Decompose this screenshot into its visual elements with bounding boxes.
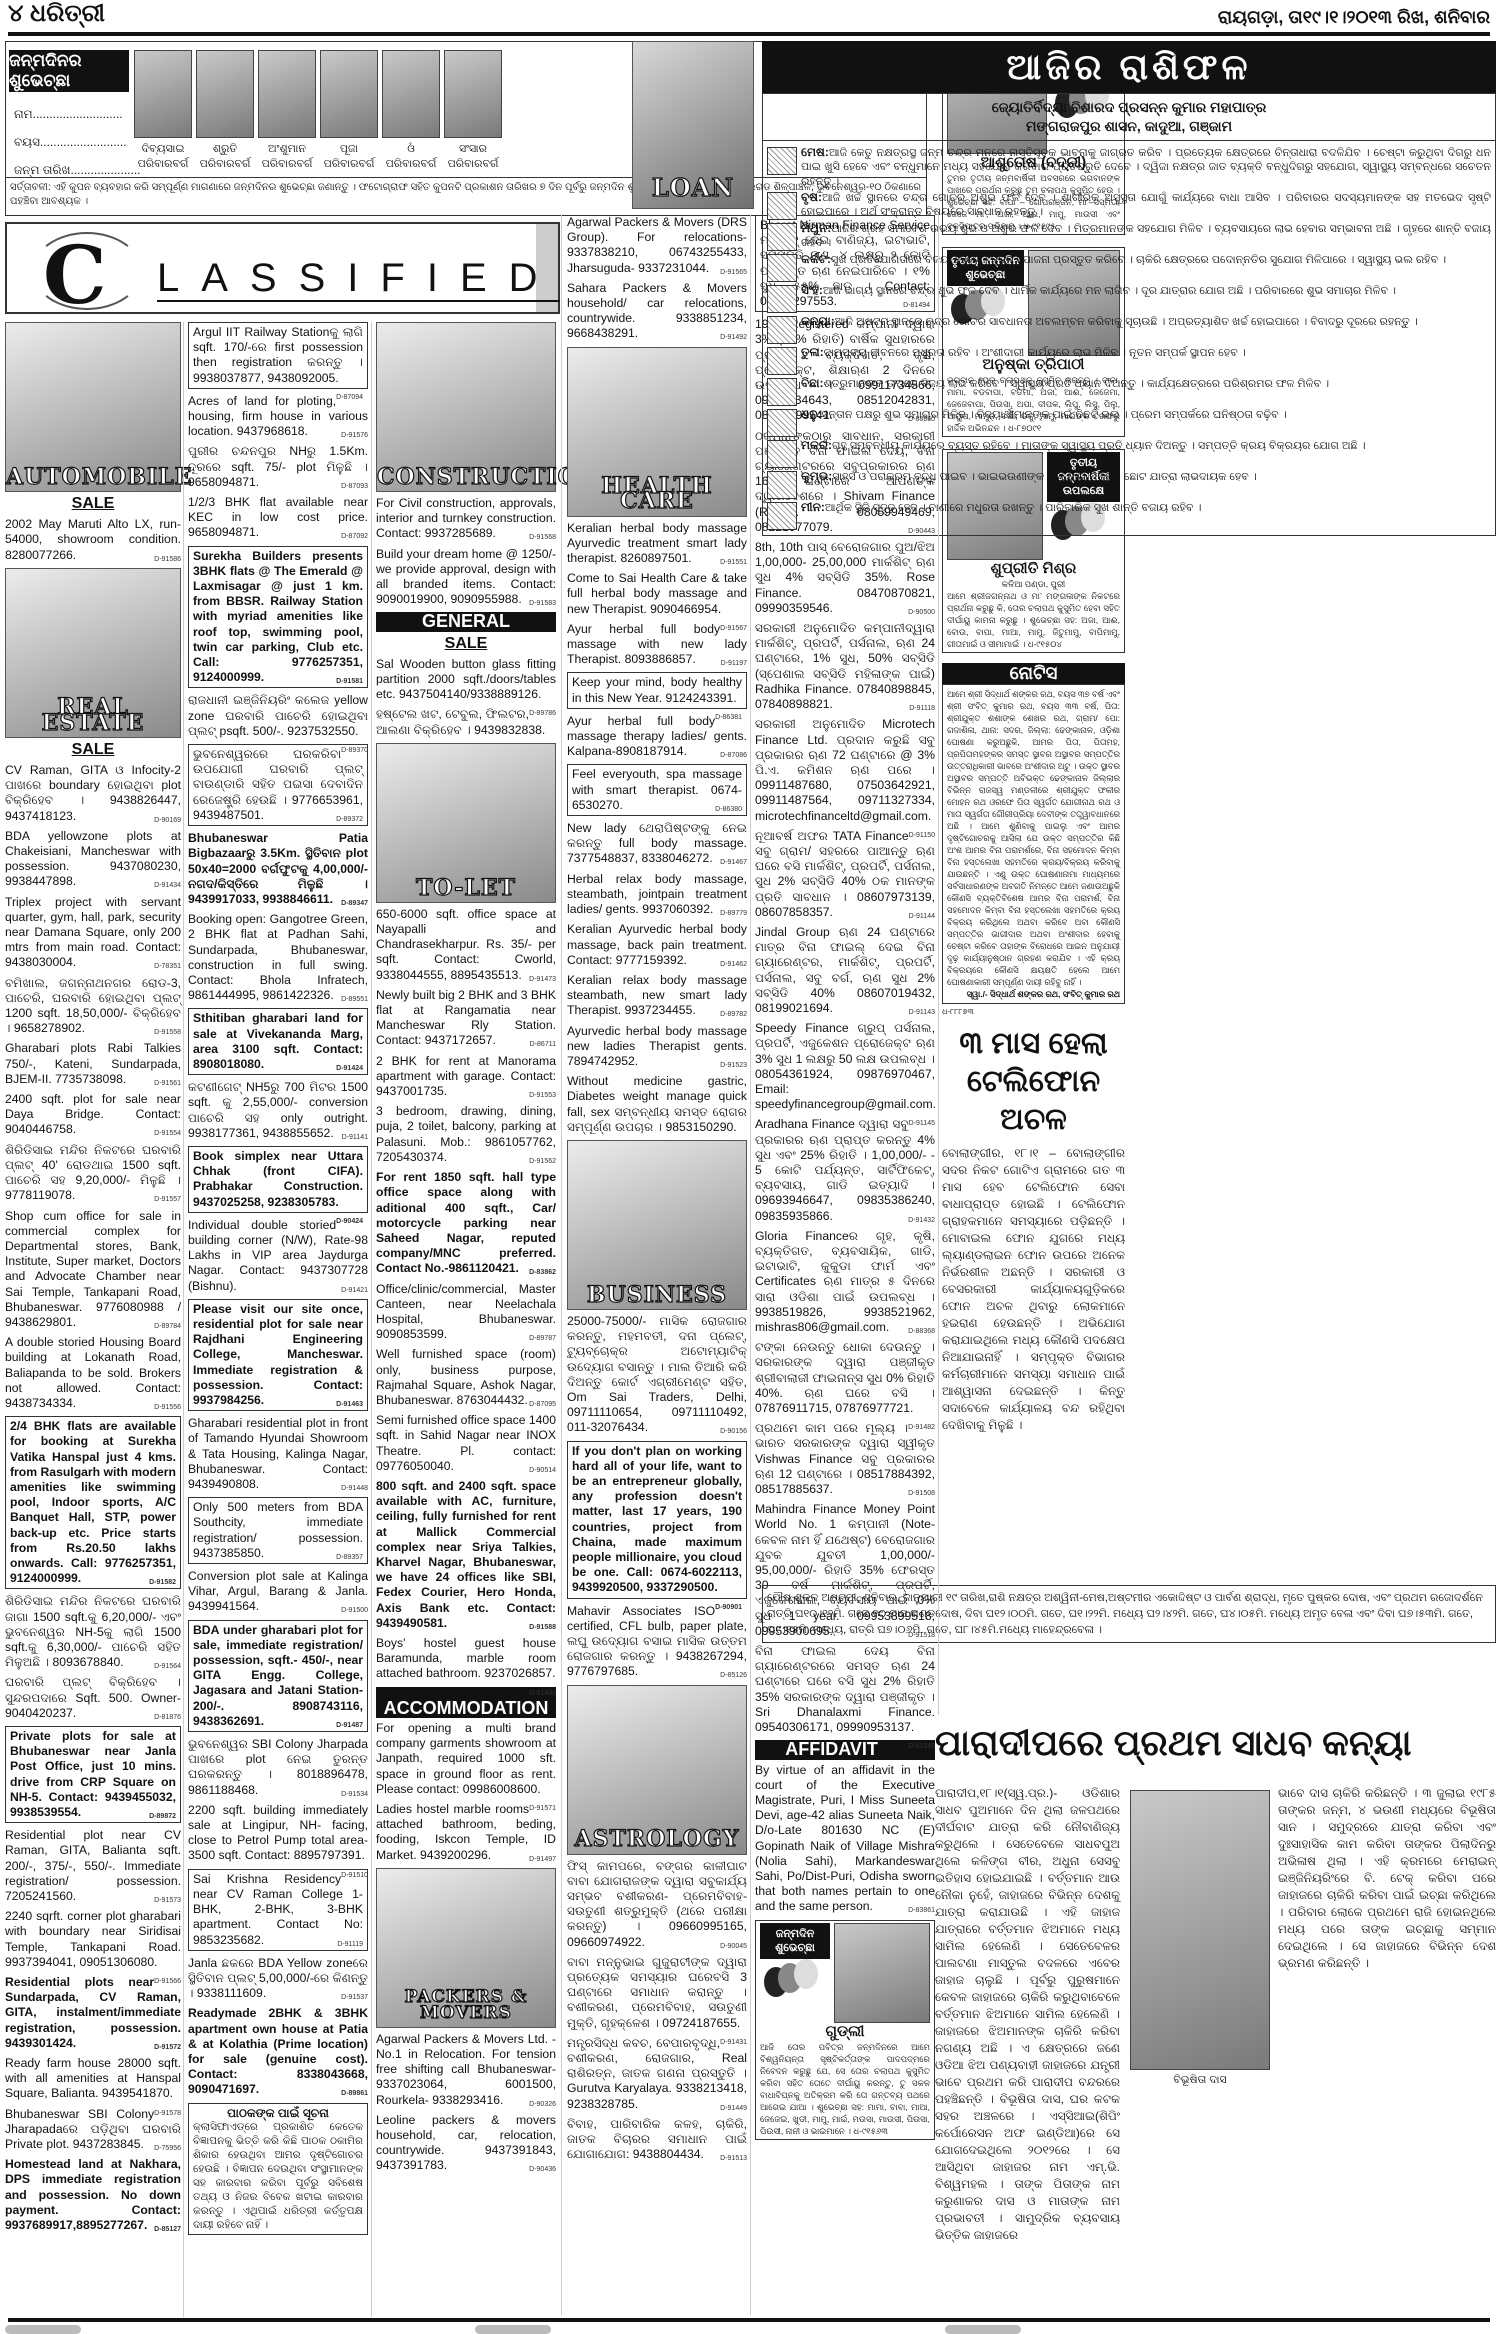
classified-ad: Bhubaneswar Patia Bigbazaarରୁ 3.5Km. ସ୍ଥ…: [188, 831, 368, 907]
sale-heading: SALE: [376, 636, 556, 651]
classified-ad: Keralian Ayurvedic herbal body massage, …: [567, 922, 747, 968]
child-photo: [382, 50, 440, 138]
zodiac-icon: [767, 347, 797, 375]
zodiac-icon: [767, 378, 797, 406]
classified-ad: For opening a multi brand company garmen…: [376, 1721, 556, 1797]
classified-ad: ହଷ୍ଟେଲ ଖଟ, ଟେବୁଲ, ଫିଲଟର, ଆଲଣା ବିକ୍ରିହେବ …: [376, 707, 556, 737]
to-let-image: TO-LET: [376, 743, 556, 903]
child-photo: [196, 50, 254, 138]
horoscope-title: ଆଜିର ରାଶିଫଳ: [762, 41, 1496, 93]
classified-ad: A double storied Housing Board building …: [5, 1335, 181, 1411]
dateline: ରାୟଗଡ଼ା, ତା୧୯।୧।୨୦୧୩ ରିଖ, ଶନିବାର: [1218, 7, 1490, 28]
classified-ad: 2400 sqft. plot for sale near Daya Bridg…: [5, 1092, 181, 1138]
classified-ad: Sal Wooden button glass fitting partitio…: [376, 657, 556, 703]
classified-ad: 8th, 10th ପାସ୍ ବେରୋଜଗାର ପୁଅ/ଝିଅ 1,00,000…: [755, 540, 935, 616]
horoscope-sign: ତୁଳା:ଦାମ୍ପତ୍ୟ ଜୀବନରେ ମଧୁରତା ରହିବ । ଅଂଶୀଦ…: [767, 345, 1491, 375]
classified-ad: Please visit our site once, residential …: [188, 1299, 368, 1411]
classified-ad: BDA yellowzone plots at Chakeisiani, Man…: [5, 829, 181, 890]
horoscope-sign: କନ୍ୟା:ଆଜି ଅଷ୍ଟମ ସ୍ଥାନରେ ଚନ୍ଦ୍ର ଗୋଚର ସାବଧ…: [767, 314, 1491, 344]
classified-ad: ଘରବାରି ପ୍ଲଟ୍ ବିକ୍ରିହେବ । ସୁନ୍ଦରପଦାରେ Sqf…: [5, 1675, 181, 1721]
zodiac-icon: [767, 223, 797, 251]
classified-ad: Leoline packers & movers household, car,…: [376, 2113, 556, 2174]
classified-ad: Ayur herbal full body massage with new l…: [567, 622, 747, 668]
classified-ad: 1/2/3 BHK flat available near KEC in low…: [188, 495, 368, 541]
classified-ad: Build your dream home @ 1250/- we provid…: [376, 547, 556, 608]
sale-heading: SALE: [5, 742, 181, 757]
zodiac-icon: [767, 471, 797, 499]
classified-ad: Boys' hostel guest house Baramunda, marb…: [376, 1636, 556, 1682]
loan-image: LOAN: [632, 41, 754, 209]
photo-caption: ବିଭୂଷିତା ଦାସ: [1130, 2074, 1270, 2087]
classified-ad: ପ୍ରଥମେ କାମ ପରେ ମୂଲ୍ୟ । ଭାରତ ସରକାରଙ୍କ ଦ୍ୱ…: [755, 1421, 935, 1497]
classified-ad: Conversion plot sale at Kalinga Vihar, A…: [188, 1569, 368, 1615]
classified-ad: Keep your mind, body healthy in this New…: [567, 672, 747, 708]
classified-ad: ଟଙ୍କା ନେଉନ୍ତୁ ଧୋକା ଦେଉନ୍ତୁ । ସରକାରଙ୍କ ଦ୍…: [755, 1340, 935, 1416]
health-care-image: HEALTH CARE: [567, 347, 747, 517]
classified-ad: 2200 sqft. building immediately sale at …: [188, 1803, 368, 1864]
classified-banner: C LASSIFIED: [5, 222, 560, 314]
zodiac-icon: [767, 316, 797, 344]
classified-ad: କଟଣୀଗେଟ୍ NH5ରୁ 700 ମିଟର 1500 sqft. କୁ 2,…: [188, 1080, 368, 1141]
classified-ad: Aradhana Finance ଦ୍ୱାରା ସବୁ ପ୍ରକାରର ଋଣ ପ…: [755, 1117, 935, 1223]
girl-photo: [834, 1923, 930, 2023]
name-field: ନାମ...........................: [14, 100, 141, 128]
classified-ad: ନୂଆବର୍ଷ ଅଫର TATA Finance ସବୁ ଗ୍ରାମ/ ସହରର…: [755, 829, 935, 920]
child-photo: [320, 50, 378, 138]
scroll-handle: [5, 2325, 81, 2334]
classified-ad: Gharabari residential plot in front of T…: [188, 1416, 368, 1492]
photo-caption: ଶ୍ରୁତିପରିବାରବର୍ଗ: [190, 142, 260, 172]
phone-story-headline: ୩ ମାସ ହେଲା ଟେଲିଫୋନ ଅଚଳ: [942, 1025, 1125, 1139]
birthday-coupon-title: ଜନ୍ମଦିନର ଶୁଭେଚ୍ଛା: [9, 50, 129, 92]
classified-ad: Homestead land at Nakhara, DPS immediate…: [5, 2157, 181, 2233]
classified-ad: For rent 1850 sqft. hall type office spa…: [376, 1170, 556, 1276]
phone-story-body: ବୋଲାଙ୍ଗୀର, ୧୮।୧ – ବୋଲାଙ୍ଗୀର ସଦର ନିକଟ ଗୋଟ…: [942, 1145, 1125, 1434]
banner-initial: C: [43, 228, 107, 322]
classified-ad: If you don't plan on working hard all of…: [567, 1441, 747, 1599]
child-photo: [258, 50, 316, 138]
age-field: ବୟସ..........................: [14, 128, 141, 156]
astrology-image: ASTROLOGY: [567, 1685, 747, 1855]
general-heading: GENERAL: [376, 612, 556, 631]
classified-ad: CV Raman, GITA ଓ Infocity-2 ପାଖରେ bounda…: [5, 763, 181, 824]
classified-ad: Gloria Financeର ଗୃହ, କୃଷି, ବ୍ୟକ୍ତିଗତ, ବ୍…: [755, 1229, 935, 1335]
birthday-wish-gudli: ଜନ୍ମଦିନ ଶୁଭେଚ୍ଛା ଗୁଡ୍‌ଲୀ ଆଜି ତୋର ପବିତ୍ର …: [755, 1920, 935, 2140]
horoscope-sign: ମକର:ଗୃହ ସମ୍ବନ୍ଧୀୟ କାର୍ଯ୍ୟରେ ବ୍ୟସ୍ତ ରହିବେ…: [767, 438, 1491, 468]
zodiac-icon: [767, 147, 797, 175]
banner-title: LASSIFIED: [157, 256, 560, 302]
person-photo: [444, 50, 502, 138]
classified-ad: Ready farm house 28000 sqft. with all am…: [5, 2056, 181, 2102]
photo-caption: ପୂଜାପରିବାରବର୍ଗ: [314, 142, 384, 172]
classified-ad: Herbal relax body massage, steambath, jo…: [567, 872, 747, 918]
classified-ad: Ayurvedic herbal body massage new ladies…: [567, 1024, 747, 1070]
classified-ad: Agarwal Packers & Movers (DRS Group). Fo…: [567, 215, 747, 276]
classified-ad: New lady ଥେରାପିଷ୍ଟଙ୍କୁ ନେଇ କରନ୍ତୁ full b…: [567, 821, 747, 867]
classified-ad: Feel everyouth, spa massage with smart t…: [567, 764, 747, 816]
zodiac-icon: [767, 192, 797, 220]
horoscope-sign: କୁମ୍ଭ:ସାହସ ଓ ପରାକ୍ରମ ବୃଦ୍ଧି ପାଇବ । ଭାଇଭଉ…: [767, 469, 1491, 499]
horoscope-sign: ମୀନ:ଆର୍ଥିକ ସ୍ଥିତି ସୁଦୃଢ଼ ହେବ । ବାଣୀରେ ମଧ…: [767, 500, 1491, 530]
classified-ad: Semi furnished office space 1400 sqft. i…: [376, 1413, 556, 1474]
horoscope-sign: ସିଂହ:ଆଜି ଭାଗ୍ୟ ସ୍ଥାନରେ ଚନ୍ଦ୍ର ଶୁଭ ଫଳ ଦେବ…: [767, 283, 1491, 313]
balloons-icon: [760, 1959, 830, 2013]
page-footer-rule: [8, 2318, 1490, 2322]
classified-ad: 25000-75000/- ମାସିକ ରୋଜଗାର କରନ୍ତୁ, ମହମବତ…: [567, 1314, 747, 1436]
horoscope-list: ମେଷ:ଆଜି କେତୁ ନକ୍ଷତ୍ରସ୍ଥ ଜନ୍ମ ଚନ୍ଦ୍ର ମନରେ…: [762, 141, 1496, 536]
classified-ad: 650-6000 sqft. office space at Nayapalli…: [376, 907, 556, 983]
classified-ad: Triplex project with servant quarter, gy…: [5, 895, 181, 971]
classified-ad: Booking open: Gangotree Green, 2 BHK fla…: [188, 912, 368, 1003]
classified-ad: Sthitiban gharabari land for sale at Viv…: [188, 1008, 368, 1075]
classified-ad: ଫିସ୍ କାମପରେ, ବଙ୍ଗର କାଳୀଘାଟ ବାବା ଯୋଗରାଜଙ୍…: [567, 1859, 747, 1950]
classified-ad: Residential plot near CV Raman, GITA, Ba…: [5, 1828, 181, 1904]
classified-ad: 2 BHK for rent at Manorama apartment wit…: [376, 1054, 556, 1100]
classified-ad: Individual double storied building corne…: [188, 1218, 368, 1294]
horoscope-sign: ବୃଷ:ଆଜି ଖର୍ଚ୍ଚ ସ୍ଥାନରେ ଚନ୍ଦ୍ର ଗୋଚର ଅଶୁଭ …: [767, 190, 1491, 220]
classified-ad: Ladies hostel marble rooms attached bath…: [376, 1802, 556, 1863]
classified-ad: Without medicine gastric, Diabetes weigh…: [567, 1074, 747, 1135]
classified-ad: ସରକାରୀ ଅନୁମୋଦିତ Microtech Finance Ltd. ପ…: [755, 717, 935, 823]
zodiac-icon: [767, 285, 797, 313]
classified-ad: ଶିରିଡିସାଇ ମନ୍ଦିର ନିକଟରେ ଘରବାରି ଜାଗା 1500…: [5, 1594, 181, 1670]
classified-ad: ବମିଖାଲ, ଜଗନ୍ନାଥନଗର ରୋଡ-3, ପାଚେରି, ଘରବାରି…: [5, 976, 181, 1037]
classified-ad: Surekha Builders presents 3BHK flats @ T…: [188, 546, 368, 689]
classified-ad: Speedy Finance ଗ୍ରୁପ୍ ପର୍ସନାଲ, ପ୍ରପର୍ଟି,…: [755, 1021, 935, 1112]
classified-ad: Keralian herbal body massage Ayurvedic t…: [567, 521, 747, 567]
paradip-headline: ପାରାଦୀପରେ ପ୍ରଥମ ସାଧବ କନ୍ୟା: [935, 1722, 1498, 1765]
classified-ad: Agarwal Packers & Movers Ltd. - No.1 in …: [376, 2032, 556, 2108]
classified-ad: Janla ଛକରେ BDA Yellow zoneରେ ସ୍ଥିତିବାନ ପ…: [188, 1956, 368, 2002]
classified-ad: Jindal Group ଋଣ 24 ଘଣ୍ଟାରେ ମାତ୍ର ବିନା ଫା…: [755, 925, 935, 1016]
child-photo: [134, 50, 192, 138]
construction-image: CONSTRUCTION: [376, 322, 556, 492]
notice: ନୋଟିସ ଆମେ ଶ୍ରୀ ସିଦ୍ଧାର୍ଥ ଶଙ୍କର ରଥ, ବୟସ ୩…: [942, 663, 1125, 1019]
classified-ad: Book simplex near Uttara Chhak (front CI…: [188, 1146, 368, 1213]
classified-ad: Keralian relax body massage steambath, n…: [567, 973, 747, 1019]
classified-ad: Shop cum office for sale in commercial c…: [5, 1209, 181, 1331]
classified-ad: Mahavir Associates ISO certified, CFL bu…: [567, 1604, 747, 1680]
horoscope-sign: କର୍କଟ:ସୁଖ ପ୍ରତିଯୋଗିତାରେ ବିଜୟୀ ହେବେ । ନୂତ…: [767, 252, 1491, 282]
paradip-story-col-a: ପାରାଦୀପ,୧୮।୧(ସ୍ୱ.ପ୍ର.)- ଓଡିଶାର ସାଧବ ପୁଅମ…: [935, 1785, 1120, 2244]
classified-ad: For Civil construction, approvals, inter…: [376, 496, 556, 542]
zodiac-icon: [767, 440, 797, 468]
classified-ad: ସରକାରୀ ଅନୁମୋଦିତ କମ୍ପାନୀଦ୍ୱାରା ମାର୍କଶିଟ୍,…: [755, 621, 935, 712]
zodiac-icon: [767, 254, 797, 282]
classified-ad: Readymade 2BHK & 3BHK apartment own hous…: [188, 2006, 368, 2097]
officer-photo: [1130, 1790, 1270, 2070]
classified-ad: 2002 May Maruti Alto LX, run-54000, show…: [5, 517, 181, 563]
packers-movers-image: PACKERS & MOVERS: [376, 1868, 556, 2028]
classified-ad: Sai Krishna Residency near CV Raman Coll…: [188, 1869, 368, 1951]
business-image: BUSINESS: [567, 1140, 747, 1310]
classified-ad: ପୁରୀର ଚନ୍ଦନପୁର NHରୁ 1.5Km. ଦୂରରେ sqft. 7…: [188, 444, 368, 490]
masthead-bar: ୪ ଧରିତ୍ରୀ ରାୟଗଡ଼ା, ତା୧୯।୧।୨୦୧୩ ରିଖ, ଶନିବ…: [8, 0, 1490, 36]
classified-ad: ଶିରିଡିସାଇ ମନ୍ଦିର ନିକଟରେ ଘରବାରି ପ୍ଲଟ୍ 40'…: [5, 1143, 181, 1204]
horoscope-sign: ମେଷ:ଆଜି କେତୁ ନକ୍ଷତ୍ରସ୍ଥ ଜନ୍ମ ଚନ୍ଦ୍ର ମନରେ…: [767, 145, 1491, 189]
paradip-story-col-b: ଭାବେ ଦାସ ଚାକିରି କରିଛନ୍ତି । ୩ ଜୁଲାଇ ୧୯୮୫ …: [1278, 1785, 1496, 1972]
column-automobile-realestate: AUTOMOBILE SALE 2002 May Maruti Alto LX,…: [5, 322, 181, 2238]
column-health-business-astrology: Agarwal Packers & Movers (DRS Group). Fo…: [567, 215, 747, 2167]
classified-ad: 2240 sqrft. corner plot gharabari with b…: [5, 1909, 181, 1970]
scroll-handle: [475, 2325, 551, 2334]
classified-ad: 2/4 BHK flats are available for booking …: [5, 1416, 181, 1589]
column-construction-tolet: CONSTRUCTION For Civil construction, app…: [376, 322, 556, 2179]
classified-ad: Private plots for sale at Bhubaneswar ne…: [5, 1726, 181, 1823]
scroll-handle: [945, 2325, 1021, 2334]
panchang-box: ପୌଷ ଶୁକ୍ଳ ଅଷ୍ଟମୀ, ଶନିବାର, ଜାନୁୟାରୀ ୧୯ ତା…: [762, 1585, 1496, 1643]
classified-ad: Well furnished space (room) only, busine…: [376, 1347, 556, 1408]
photo-caption: ଓଁପରିବାରବର୍ଗ: [376, 142, 446, 172]
zodiac-icon: [767, 409, 797, 437]
horoscope-section: ଆଜିର ରାଶିଫଳ ଜ୍ୟୋତିର୍ବିଦ୍ୟା ବିଶାରଦ ପ୍ରସନ୍…: [762, 41, 1496, 536]
horoscope-sign: ବିଛା:ଶତ୍ରୁମାନଙ୍କ ଉପରେ ବିଜୟ ଲାଭ କରିବେ । ସ…: [767, 376, 1491, 406]
classified-ad: ବିନା ଫାଇଲ ଦେୟ ବିନା ଗ୍ୟାରେଣ୍ଟରରେ ସମସ୍ତ ଋଣ…: [755, 1644, 935, 1735]
classified-ad: 800 sqft. and 2400 sqft. space available…: [376, 1479, 556, 1631]
classified-ad: ବାବା ମନ୍ନୁଭାଇ ଗୁଜୁରାଟୀଙ୍କ ଦ୍ୱାରା ପ୍ରତ୍ୟେ…: [567, 1955, 747, 2031]
affidavit-ad: By virtue of an affidavit in the court o…: [755, 1763, 935, 1915]
classified-ad: Office/clinic/commercial, Master Canteen…: [376, 1282, 556, 1343]
classified-ad: Newly built big 2 BHK and 3 BHK flat at …: [376, 988, 556, 1049]
classified-ad: Come to Sai Health Care & take full herb…: [567, 571, 747, 617]
classified-ad: ବିବାହ, ପାରିବାରିକ କଳହ, ଚାକିରି, ଜାତକ ବିଚାର…: [567, 2117, 747, 2163]
real-estate-image: REAL ESTATE: [5, 568, 181, 738]
photo-caption: ଦିବ୍ୟସାଇପରିବାରବର୍ଗ: [128, 142, 198, 172]
classified-ad: Argul IIT Railway Stationକୁ ଲାଗି sqft. 1…: [188, 322, 368, 389]
classified-ad: ଭୁବନେଶ୍ୱରରେ ଘରକରିବା ଉପଯୋଗୀ ଘରବାରି ପ୍ଲଟ୍ …: [188, 744, 368, 826]
classified-ad: 3 bedroom, drawing, dining, puja, 2 toil…: [376, 1104, 556, 1165]
horoscope-sign: ମିଥୁନ:ଆଜିର ଗ୍ରହ ସମାବେଶ ଉଭୟ ଶୁଭ ଓ ଅଶୁଭ ଫଳ…: [767, 221, 1491, 251]
horoscope-sign: ଧନୁ:ସନ୍ତାନ ପକ୍ଷରୁ ଶୁଭ ସମାଚାର ମିଳିବ । ବିଦ…: [767, 407, 1491, 437]
classified-ad: ମନ୍ତ୍ରସିଦ୍ଧ କବଚ, ବେପାରବୃଦ୍ଧି, ବଶୀକରଣ, ରୋ…: [567, 2036, 747, 2112]
photo-caption: ସଂସାରପରିବାରବର୍ଗ: [438, 142, 508, 172]
classified-ad: ଭୁବନେଶ୍ୱର SBI Colony Jharpada ପାଖରେ plot…: [188, 1737, 368, 1798]
astrologer-credit: ଜ୍ୟୋତିର୍ବିଦ୍ୟା ବିଶାରଦ ପ୍ରସନ୍ନ କୁମାର ମହାପ…: [762, 93, 1496, 141]
classified-ad: Only 500 meters from BDA Southcity, imme…: [188, 1497, 368, 1564]
zodiac-icon: [767, 502, 797, 530]
reader-notice: ପାଠକଙ୍କ ପାଇଁ ସୂଚନା କ୍ଲାସିଫାଏଡ୍‌ରେ ପ୍ରକାଶ…: [188, 2103, 368, 2235]
automobile-image: AUTOMOBILE: [5, 322, 181, 492]
classified-ad: ରାଜଧାନୀ ଇଞ୍ଜିନିୟରିଂ କଲେଜ yellow zone ଘରବ…: [188, 693, 368, 739]
classified-ad: BDA under gharabari plot for sale, immed…: [188, 1620, 368, 1732]
classified-ad: Sahara Packers & Movers household/ car r…: [567, 281, 747, 342]
classified-ad: Gharabari plots Rabi Talkies 750/-, Kate…: [5, 1041, 181, 1087]
column-realestate-2: Argul IIT Railway Stationକୁ ଲାଗି sqft. 1…: [188, 322, 368, 2240]
page-number: ୪ ଧରିତ୍ରୀ: [8, 0, 105, 28]
photo-caption: ଅଂଶୁମାନପରିବାରବର୍ଗ: [252, 142, 322, 172]
birthday-coupon-form: ନାମ........................... ବୟସ......…: [14, 100, 141, 184]
sale-heading: SALE: [5, 496, 181, 511]
